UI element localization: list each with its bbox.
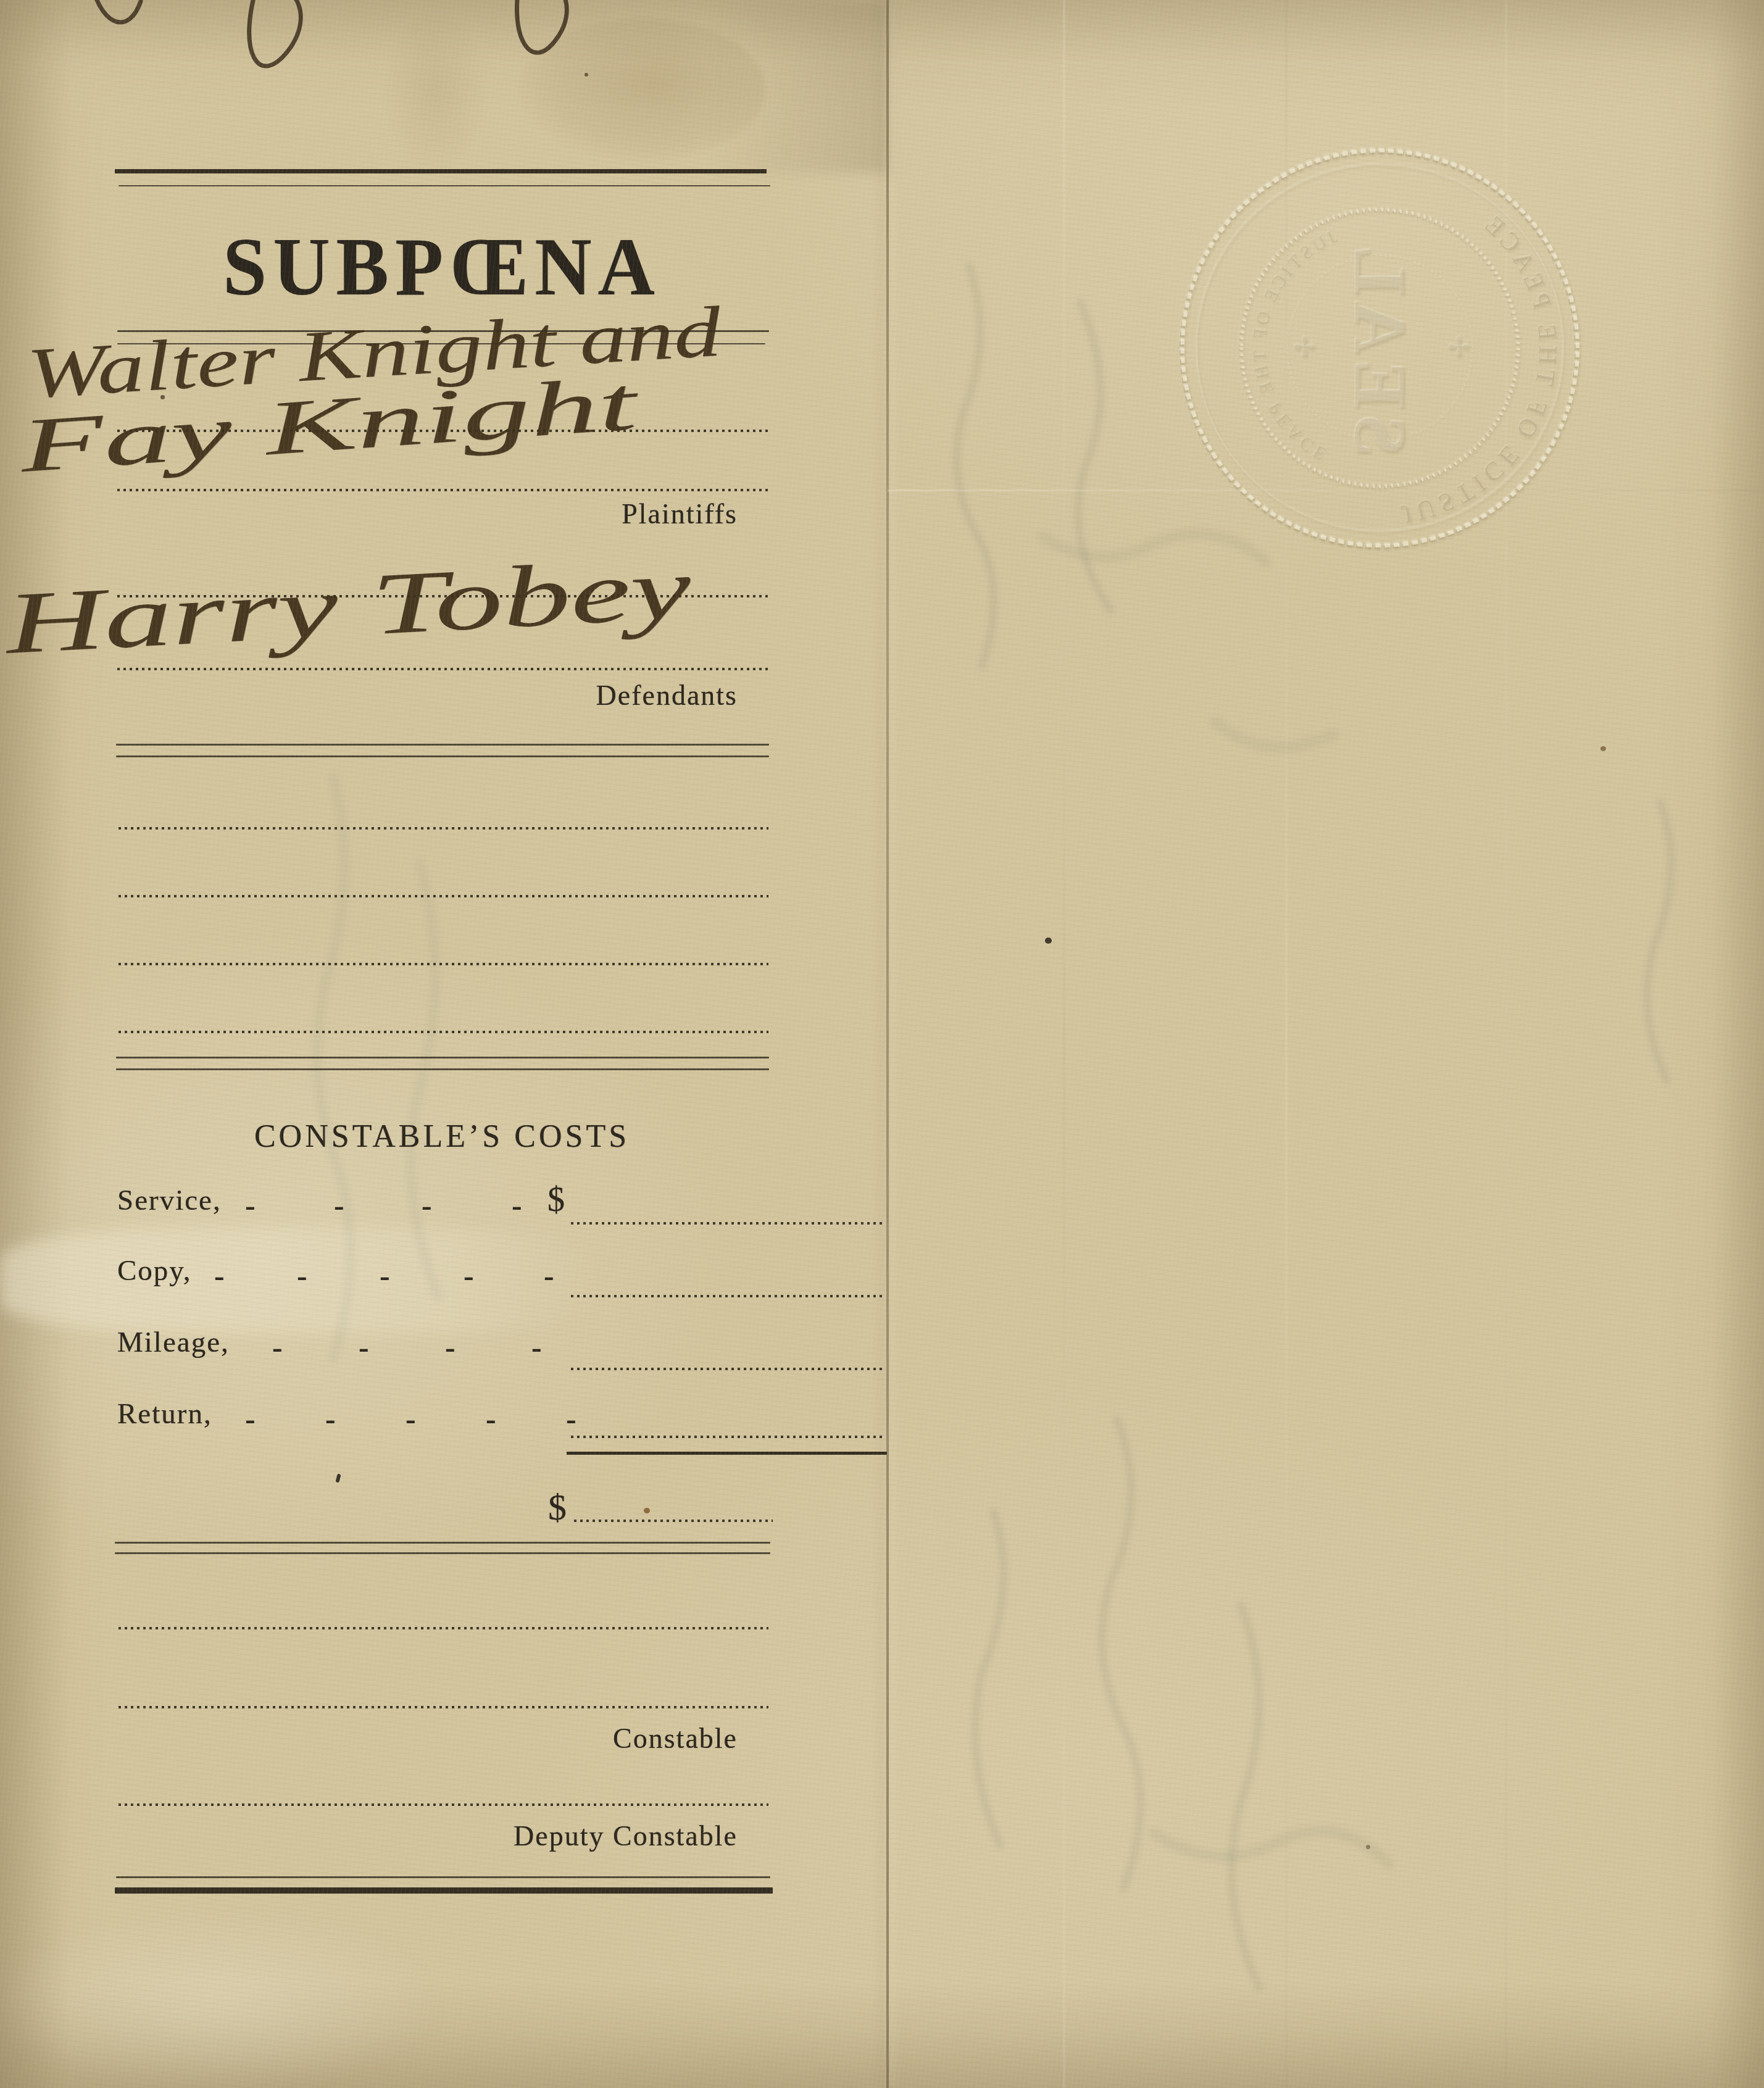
total-amount-line — [574, 1520, 773, 1522]
amount-line — [571, 1368, 883, 1370]
totals-rule-1 — [115, 1542, 770, 1544]
sum-line — [567, 1452, 887, 1455]
costs-top-rule-1 — [116, 1057, 769, 1059]
cost-label: Return, — [117, 1397, 212, 1431]
defendants-label: Defendants — [114, 679, 738, 712]
cost-row-copy: Copy, - - - - - — [114, 1254, 773, 1310]
blank-line — [119, 895, 768, 897]
dash-leader: - — [359, 1332, 369, 1363]
dash-leader: - — [380, 1260, 390, 1291]
dash-leader: - — [245, 1404, 256, 1434]
bottom-left-light-patch — [0, 1913, 432, 2088]
cost-row-service: Service, - - - - $ — [114, 1184, 773, 1239]
scanned-subpoena-document: JUSTICE OF THE PEACE JUSTICE OF THE PEAC… — [0, 0, 1764, 2088]
embossed-seal: JUSTICE OF THE PEACE JUSTICE OF THE PEAC… — [1173, 141, 1587, 555]
dash-leader: - — [272, 1332, 283, 1363]
cost-label: Mileage, — [117, 1326, 230, 1359]
fold-crease — [886, 0, 889, 2088]
plaintiff-write-line-2 — [117, 489, 768, 491]
dash-leader: - — [445, 1332, 456, 1363]
seal-ring-text: JUSTICE OF THE PEACE — [1216, 141, 1587, 147]
amount-line — [571, 1295, 883, 1297]
deputy-constable-label: Deputy Constable — [114, 1820, 738, 1852]
seal-star-right: ✢ — [1293, 333, 1316, 363]
parties-rule-2 — [116, 755, 769, 757]
cost-row-mileage: Mileage, - - - - — [114, 1326, 773, 1381]
dollar-sign: $ — [547, 1180, 565, 1220]
blank-line — [119, 827, 768, 830]
top-edge-handwriting-loops — [0, 0, 1234, 154]
parties-rule-1 — [116, 744, 769, 746]
dash-leader: - — [245, 1190, 256, 1221]
dash-leader: - — [464, 1260, 474, 1291]
dash-leader: - — [406, 1404, 416, 1434]
bottom-rule-thick — [115, 1887, 773, 1894]
defendant-write-line-2 — [117, 668, 768, 670]
blank-line — [119, 963, 768, 965]
seal-star-left: ✢ — [1447, 333, 1470, 363]
cost-label: Service, — [117, 1184, 222, 1217]
top-rule-thick — [115, 169, 767, 173]
totals-rule-2 — [115, 1552, 770, 1554]
costs-top-rule-2 — [116, 1068, 769, 1070]
amount-line — [571, 1436, 883, 1438]
dash-leader: - — [214, 1260, 225, 1291]
dash-leader: - — [422, 1190, 432, 1221]
dash-leader: - — [512, 1190, 522, 1221]
dash-leader: - — [486, 1404, 496, 1434]
constable-label: Constable — [114, 1722, 738, 1755]
handwritten-defendant: Harry Tobey — [3, 537, 693, 674]
blank-line — [119, 1031, 768, 1033]
dash-leader: - — [334, 1190, 344, 1221]
cost-row-return: Return, - - - - - — [114, 1397, 773, 1465]
amount-line — [571, 1222, 883, 1225]
constable-signature-line — [119, 1706, 768, 1708]
dash-leader: - — [297, 1260, 307, 1291]
dash-leader: - — [544, 1260, 554, 1291]
plaintiffs-label: Plaintiffs — [114, 497, 738, 530]
dash-leader: - — [325, 1404, 336, 1434]
bottom-rule-thin — [116, 1876, 770, 1878]
costs-heading: CONSTABLE’S COSTS — [114, 1118, 770, 1155]
dash-leader: - — [531, 1332, 542, 1363]
cost-label: Copy, — [117, 1254, 192, 1287]
dash-leader: - — [566, 1404, 576, 1434]
deputy-signature-line — [119, 1803, 768, 1806]
seal-center-text: SEAL — [1339, 241, 1420, 455]
blank-line — [119, 1627, 768, 1629]
total-dollar-sign: $ — [548, 1486, 567, 1529]
top-rule-thin — [119, 185, 770, 186]
